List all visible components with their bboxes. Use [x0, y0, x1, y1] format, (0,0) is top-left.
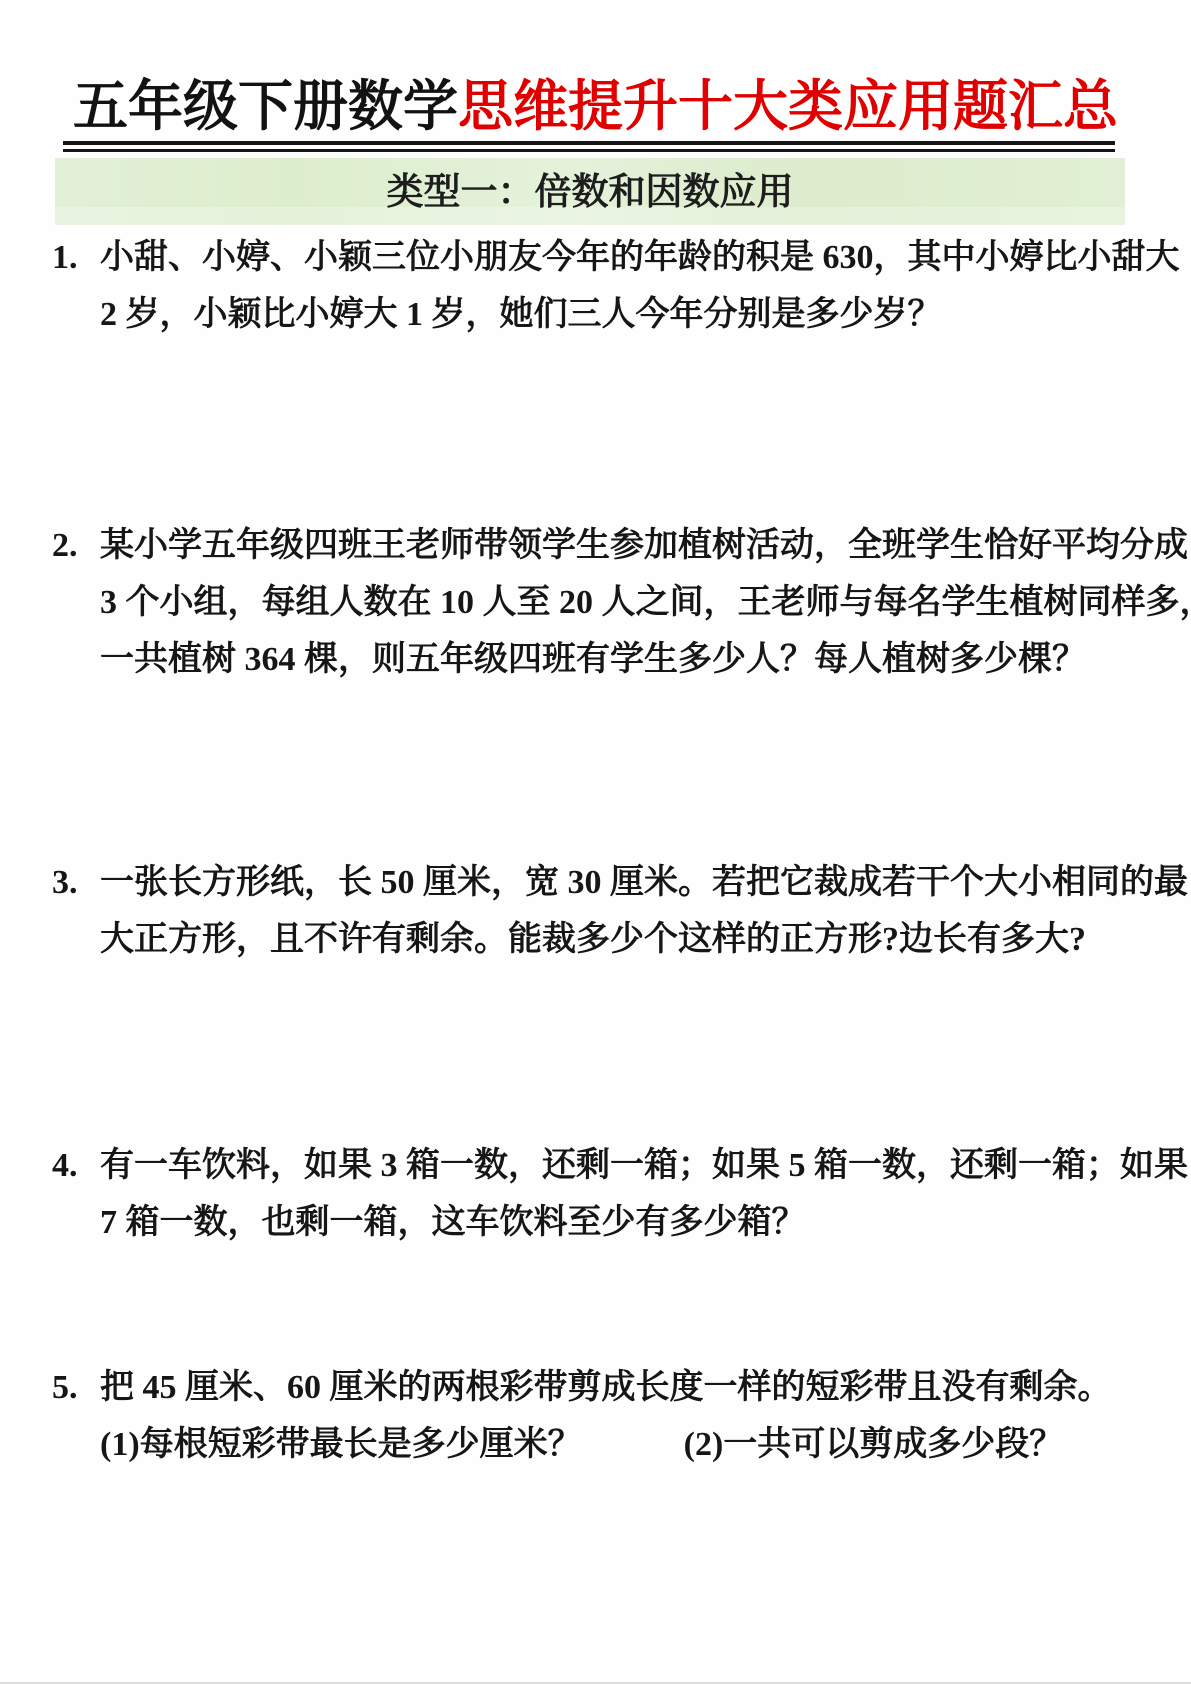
- problem-text-line: 一张长方形纸，长 50 厘米，宽 30 厘米。若把它裁成若干个大小相同的最: [100, 854, 1142, 911]
- problem-3-text: 一张长方形纸，长 50 厘米，宽 30 厘米。若把它裁成若干个大小相同的最 大正…: [100, 854, 1142, 968]
- problem-2-text: 某小学五年级四班王老师带领学生参加植树活动，全班学生恰好平均分成 3 个小组，每…: [100, 517, 1142, 688]
- problem-3: 3. 一张长方形纸，长 50 厘米，宽 30 厘米。若把它裁成若干个大小相同的最…: [52, 854, 1142, 968]
- section-heading: 类型一：倍数和因数应用: [55, 158, 1125, 228]
- problem-text-line: 小甜、小婷、小颖三位小朋友今年的年龄的积是 630，其中小婷比小甜大: [100, 229, 1142, 286]
- problem-1-number: 1.: [52, 229, 78, 286]
- problem-4-text: 有一车饮料，如果 3 箱一数，还剩一箱；如果 5 箱一数，还剩一箱；如果 7 箱…: [100, 1137, 1142, 1251]
- problem-2-number: 2.: [52, 517, 78, 574]
- problem-text-line: 大正方形，且不许有剩余。能裁多少个这样的正方形?边长有多大?: [100, 911, 1142, 968]
- worksheet-page: 五年级下册数学思维提升十大类应用题汇总 类型一：倍数和因数应用 1. 小甜、小婷…: [0, 0, 1191, 1684]
- problem-text-line: 3 个小组，每组人数在 10 人至 20 人之间，王老师与每名学生植树同样多，: [100, 574, 1142, 631]
- problem-text-line: 某小学五年级四班王老师带领学生参加植树活动，全班学生恰好平均分成: [100, 517, 1142, 574]
- title-grade-part: 五年级下册数学: [73, 76, 458, 137]
- problem-4-number: 4.: [52, 1137, 78, 1194]
- problem-1-text: 小甜、小婷、小颖三位小朋友今年的年龄的积是 630，其中小婷比小甜大 2 岁，小…: [100, 229, 1142, 343]
- page-title: 五年级下册数学思维提升十大类应用题汇总: [0, 76, 1191, 138]
- problem-text-line: 7 箱一数，也剩一箱，这车饮料至少有多少箱？: [100, 1194, 1142, 1251]
- problem-text-line: 一共植树 364 棵，则五年级四班有学生多少人？每人植树多少棵？: [100, 631, 1142, 688]
- title-topic-part: 思维提升十大类应用题汇总: [458, 76, 1118, 137]
- problem-1: 1. 小甜、小婷、小颖三位小朋友今年的年龄的积是 630，其中小婷比小甜大 2 …: [52, 229, 1142, 343]
- problem-text-line: 2 岁，小颖比小婷大 1 岁，她们三人今年分别是多少岁？: [100, 286, 1142, 343]
- problem-5-number: 5.: [52, 1359, 78, 1416]
- problem-text-line: 把 45 厘米、60 厘米的两根彩带剪成长度一样的短彩带且没有剩余。: [100, 1359, 1142, 1416]
- problem-4: 4. 有一车饮料，如果 3 箱一数，还剩一箱；如果 5 箱一数，还剩一箱；如果 …: [52, 1137, 1142, 1251]
- problem-text-line: (1)每根短彩带最长是多少厘米？ (2)一共可以剪成多少段？: [100, 1416, 1142, 1473]
- problem-3-number: 3.: [52, 854, 78, 911]
- problem-5-text: 把 45 厘米、60 厘米的两根彩带剪成长度一样的短彩带且没有剩余。 (1)每根…: [100, 1359, 1142, 1473]
- problem-text-line: 有一车饮料，如果 3 箱一数，还剩一箱；如果 5 箱一数，还剩一箱；如果: [100, 1137, 1142, 1194]
- section-header-highlight: 类型一：倍数和因数应用: [55, 158, 1125, 225]
- title-double-underline: [63, 141, 1115, 152]
- problem-2: 2. 某小学五年级四班王老师带领学生参加植树活动，全班学生恰好平均分成 3 个小…: [52, 517, 1142, 688]
- problem-5: 5. 把 45 厘米、60 厘米的两根彩带剪成长度一样的短彩带且没有剩余。 (1…: [52, 1359, 1142, 1473]
